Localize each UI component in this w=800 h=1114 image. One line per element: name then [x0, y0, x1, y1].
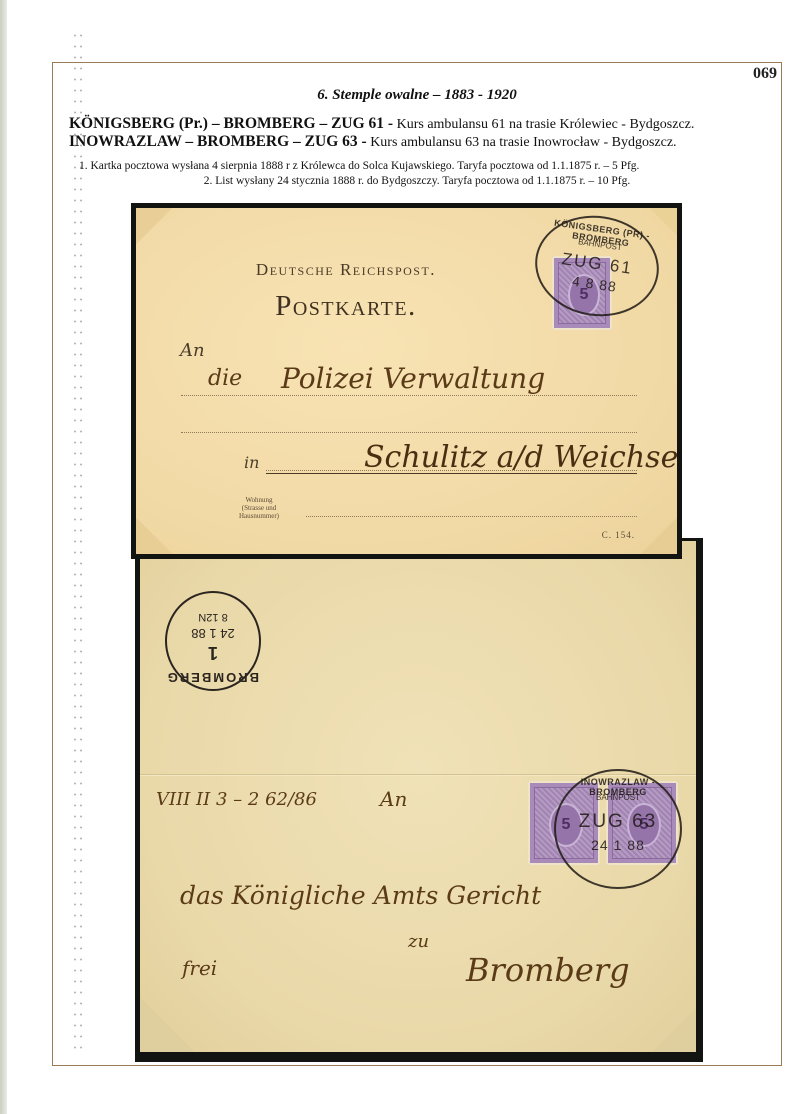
- route-line-zug-61: KÖNIGSBERG (Pr.) – BROMBERG – ZUG 61 - K…: [69, 115, 694, 133]
- route-name: KÖNIGSBERG (Pr.) – BROMBERG – ZUG 61 -: [69, 115, 393, 132]
- postcard-title: Postkarte.: [136, 290, 556, 323]
- recipient-name: Polizei Verwaltung: [281, 362, 545, 395]
- zug-63-cancellation: INOWRAZLAW - BROMBERG BAHNPOST ZUG 63 24…: [554, 769, 682, 889]
- route-description: Kurs ambulansu 61 na trasie Królewiec - …: [393, 117, 694, 132]
- bromberg-receiving-postmark: BROMBERG 1 24 1 88 8 12N: [165, 591, 261, 691]
- letter-mount: BROMBERG 1 24 1 88 8 12N VIII II 3 – 2 6…: [135, 538, 703, 1062]
- wohnung-label-line: Hausnummer): [228, 512, 290, 520]
- wohnung-label-line: Wohnung: [228, 496, 290, 504]
- city-underline: [266, 473, 637, 474]
- address-line-4: [306, 516, 637, 517]
- route-description: Kurs ambulansu 63 na trasie Inowrocław -…: [367, 135, 677, 150]
- postcard: Deutsche Reichspost. Postkarte. 5 KÖNIGS…: [136, 208, 677, 554]
- in-label: in: [244, 453, 259, 472]
- route-line-zug-63: INOWRAZLAW – BROMBERG – ZUG 63 - Kurs am…: [69, 133, 677, 151]
- postmark-time: 8 12N: [167, 611, 259, 623]
- postcard-header: Deutsche Reichspost.: [136, 260, 556, 280]
- wohnung-label-line: (Strasse und: [228, 504, 290, 512]
- item-description-2: 2. List wysłany 24 stycznia 1888 r. do B…: [53, 175, 781, 187]
- postcard-mount: Deutsche Reichspost. Postkarte. 5 KÖNIGS…: [131, 203, 682, 559]
- address-city: Bromberg: [466, 951, 630, 989]
- zu-label: zu: [408, 931, 429, 952]
- address-line-1: [181, 395, 637, 396]
- postmark-town: BROMBERG: [167, 670, 259, 685]
- an-label: An: [380, 787, 407, 811]
- address-line-3: [266, 470, 637, 471]
- cancel-bahnpost: BAHNPOST: [556, 793, 680, 802]
- page-number: 069: [753, 65, 777, 83]
- frei-note: frei: [182, 956, 217, 980]
- postmark-number: 1: [167, 642, 259, 663]
- recipient-prefix: die: [208, 366, 242, 391]
- address-line-2: [181, 432, 637, 433]
- postmark-date: 24 1 88: [167, 626, 259, 641]
- address-line: das Königliche Amts Gericht: [180, 881, 541, 910]
- item-description-1: 1. Kartka pocztowa wysłana 4 sierpnia 18…: [79, 160, 781, 172]
- letter-cover: BROMBERG 1 24 1 88 8 12N VIII II 3 – 2 6…: [140, 541, 696, 1052]
- cancel-zug: ZUG 63: [556, 811, 680, 833]
- an-label: An: [180, 340, 205, 361]
- cancel-date: 24 1 88: [556, 837, 680, 853]
- form-code: C. 154.: [602, 530, 635, 540]
- wohnung-label: Wohnung (Strasse und Hausnummer): [228, 496, 290, 520]
- route-name: INOWRAZLAW – BROMBERG – ZUG 63 -: [69, 133, 367, 150]
- reference-note: VIII II 3 – 2 62/86: [156, 789, 317, 810]
- scan-edge-strip: [0, 0, 7, 1114]
- section-title: 6. Stemple owalne – 1883 - 1920: [53, 87, 781, 104]
